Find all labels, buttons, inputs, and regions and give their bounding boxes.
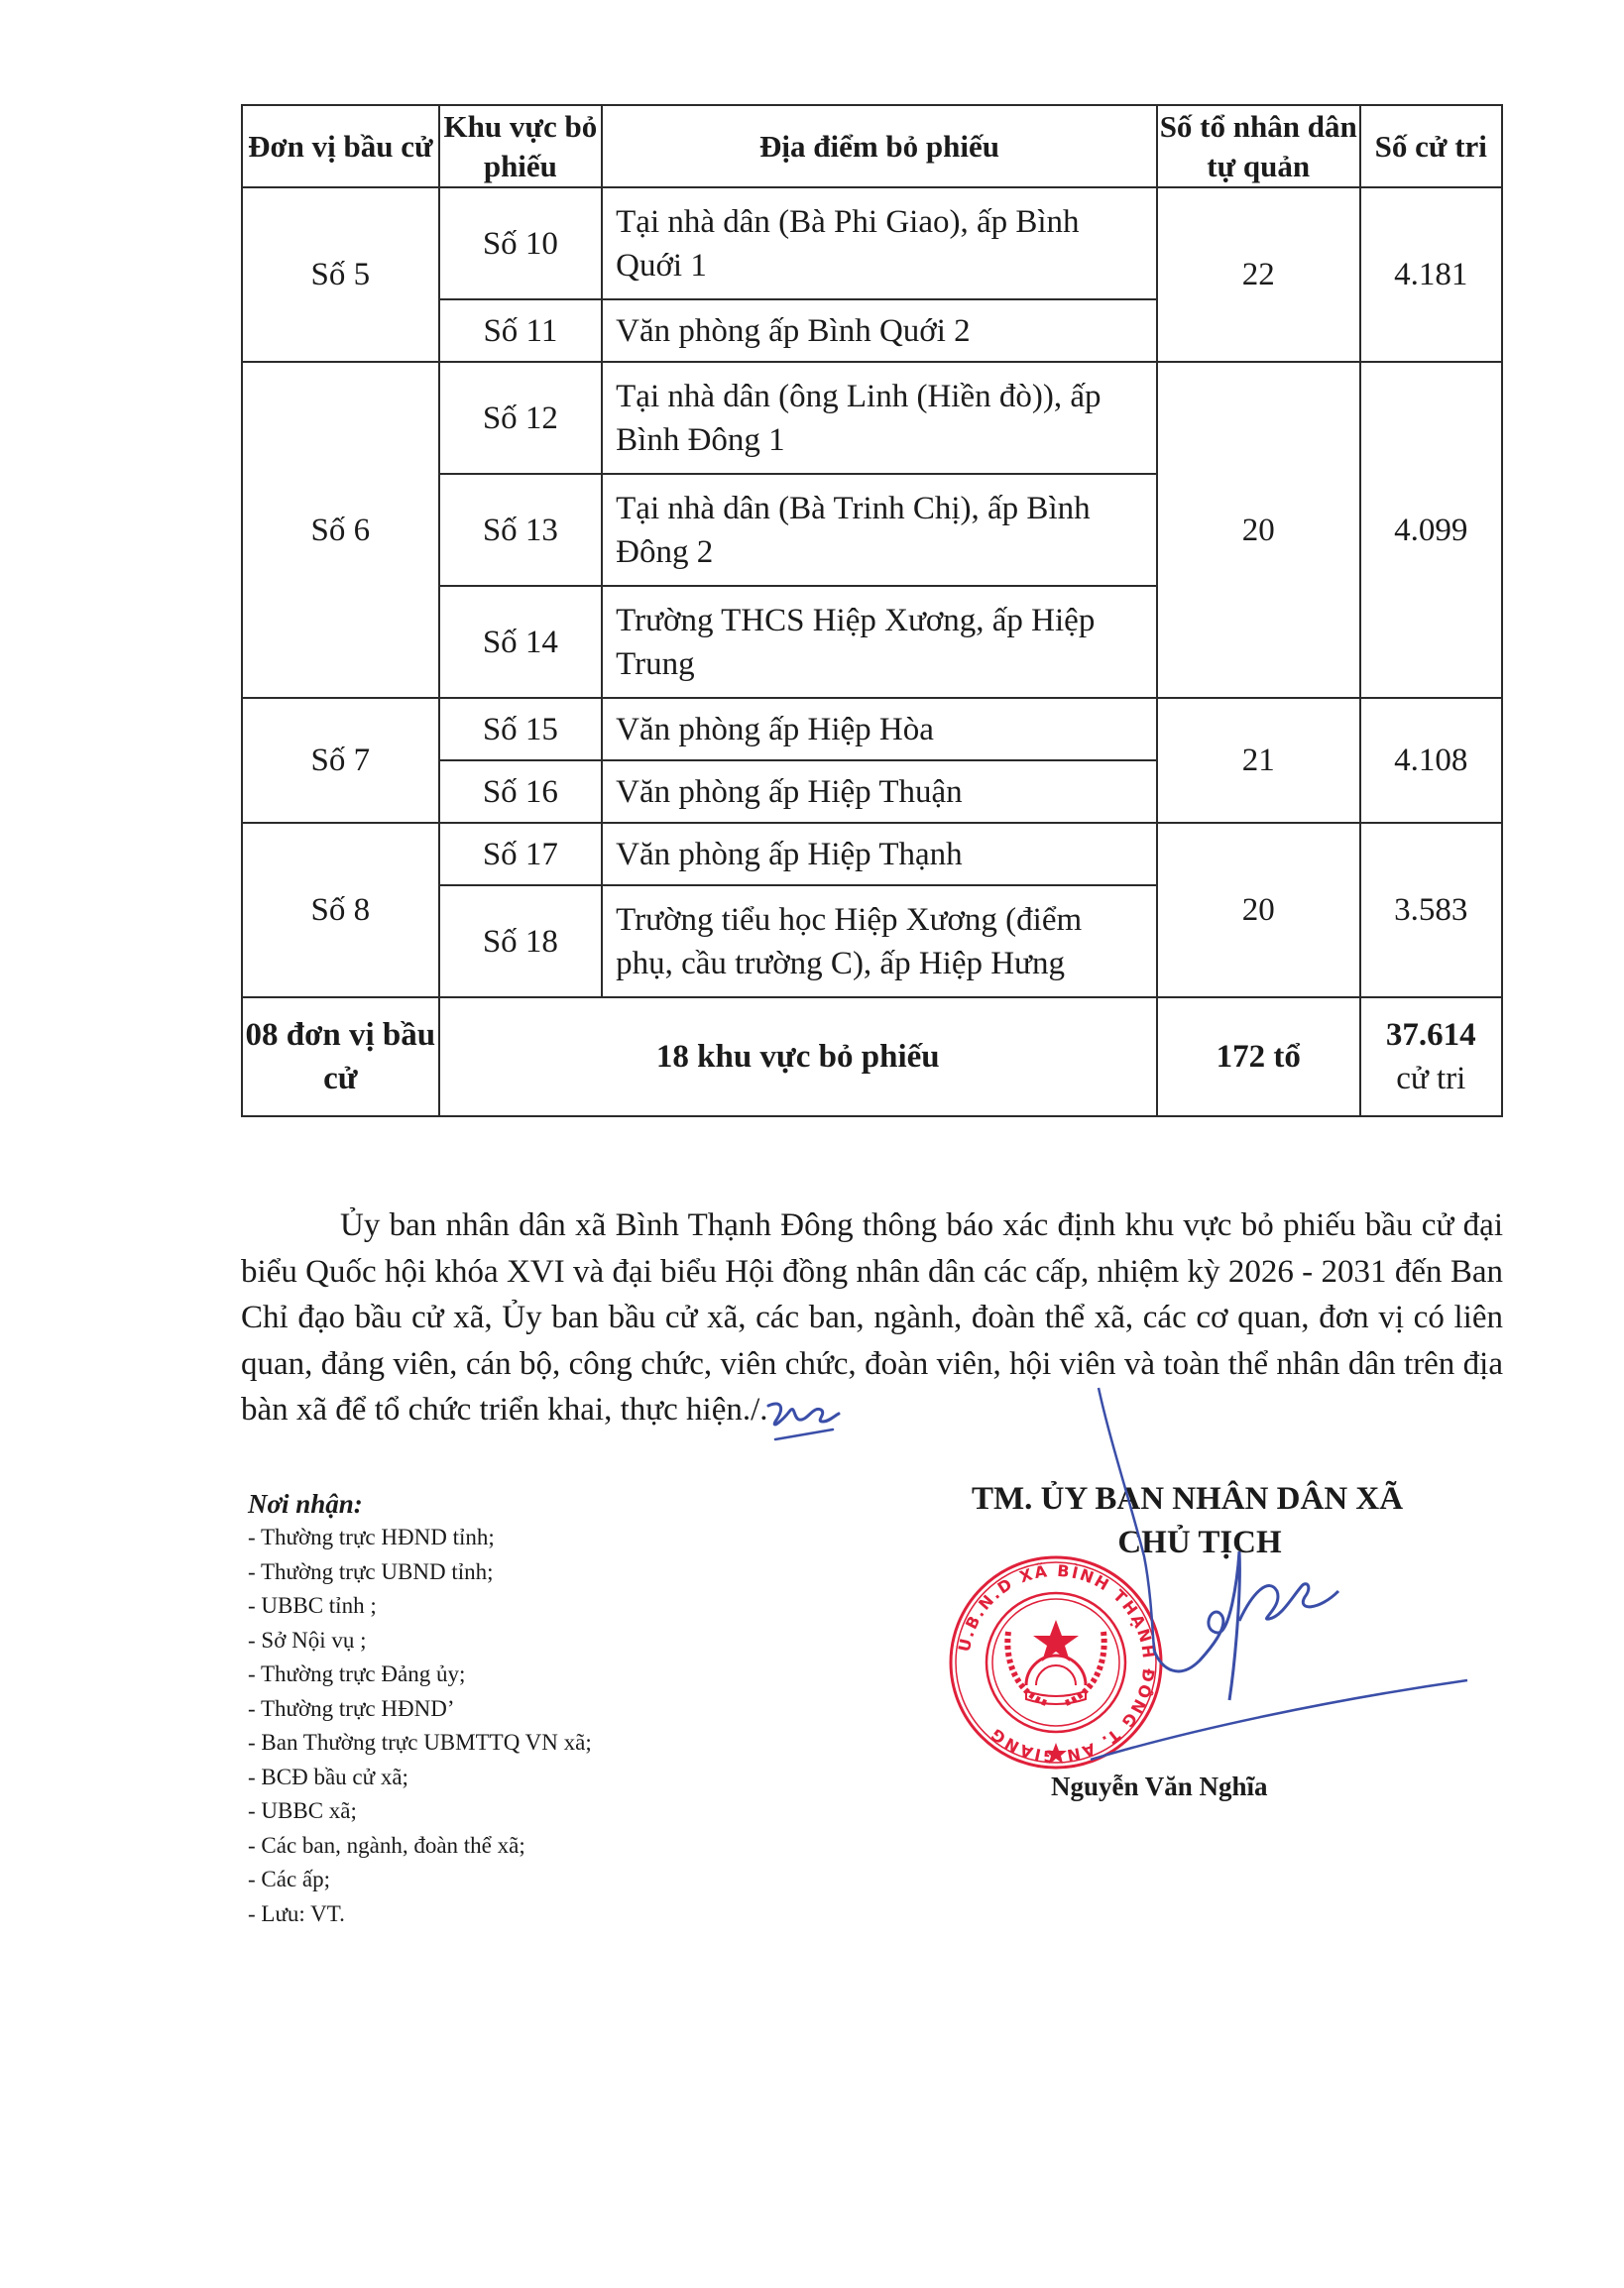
recipient-item: - BCĐ bầu cử xã; [248, 1761, 724, 1795]
resident-groups-cell: 20 [1157, 362, 1360, 698]
signer-name: Nguyễn Văn Nghĩa [1051, 1770, 1268, 1803]
signer-organization: TM. ỦY BAN NHÂN DÂN XÃ [952, 1477, 1527, 1521]
recipient-item: - Lưu: VT. [248, 1897, 724, 1932]
total-voters-cell: 37.614cử tri [1360, 997, 1502, 1116]
voters-cell: 3.583 [1360, 823, 1502, 997]
recipient-item: - UBBC tỉnh ; [248, 1589, 724, 1624]
voters-cell: 4.099 [1360, 362, 1502, 698]
header-polling-location: Địa điểm bỏ phiếu [602, 105, 1157, 187]
polling-area-cell: Số 17 [439, 823, 603, 885]
header-resident-groups: Số tổ nhân dân tự quản [1157, 105, 1360, 187]
polling-area-cell: Số 13 [439, 474, 603, 586]
polling-area-cell: Số 11 [439, 299, 603, 362]
polling-location-cell: Văn phòng ấp Bình Quới 2 [602, 299, 1157, 362]
polling-areas-table: Đơn vị bầu cử Khu vực bỏ phiếu Địa điểm … [241, 104, 1503, 1117]
polling-location-cell: Văn phòng ấp Hiệp Hòa [602, 698, 1157, 760]
recipient-item: - Thường trực HĐND tỉnh; [248, 1521, 724, 1555]
election-unit-cell: Số 8 [242, 823, 439, 997]
polling-area-cell: Số 18 [439, 885, 603, 997]
header-election-unit: Đơn vị bầu cử [242, 105, 439, 187]
polling-area-cell: Số 16 [439, 760, 603, 823]
total-voters-suffix: cử tri [1361, 1057, 1501, 1100]
recipient-item: - Thường trực Đảng ủy; [248, 1658, 724, 1692]
polling-location-cell: Tại nhà dân (ông Linh (Hiền đò)), ấp Bìn… [602, 362, 1157, 474]
polling-area-cell: Số 10 [439, 187, 603, 299]
table-row: Số 5Số 10Tại nhà dân (Bà Phi Giao), ấp B… [242, 187, 1502, 299]
official-seal-icon: U.B.N.D XÃ BÌNH THẠNH ĐÔNG T. AN GIANG [947, 1554, 1165, 1771]
recipient-item: - Các ấp; [248, 1863, 724, 1897]
recipient-item: - Ban Thường trực UBMTTQ VN xã; [248, 1726, 724, 1761]
recipients-block: Nơi nhận: - Thường trực HĐND tỉnh;- Thườ… [248, 1487, 724, 1931]
table-row: Số 6Số 12Tại nhà dân (ông Linh (Hiền đò)… [242, 362, 1502, 474]
polling-location-cell: Tại nhà dân (Bà Phi Giao), ấp Bình Quới … [602, 187, 1157, 299]
resident-groups-cell: 20 [1157, 823, 1360, 997]
polling-location-cell: Tại nhà dân (Bà Trinh Chị), ấp Bình Đông… [602, 474, 1157, 586]
header-voters: Số cử tri [1360, 105, 1502, 187]
signature-block: TM. ỦY BAN NHÂN DÂN XÃ CHỦ TỊCH [932, 1477, 1527, 1564]
recipient-item: - Sở Nội vụ ; [248, 1624, 724, 1659]
table-total-row: 08 đơn vị bầu cử18 khu vực bỏ phiếu172 t… [242, 997, 1502, 1116]
resident-groups-cell: 22 [1157, 187, 1360, 362]
notice-paragraph: Ủy ban nhân dân xã Bình Thạnh Đông thông… [241, 1202, 1503, 1433]
total-units-cell: 08 đơn vị bầu cử [242, 997, 439, 1116]
resident-groups-cell: 21 [1157, 698, 1360, 823]
polling-area-cell: Số 12 [439, 362, 603, 474]
voters-cell: 4.181 [1360, 187, 1502, 362]
table-header-row: Đơn vị bầu cử Khu vực bỏ phiếu Địa điểm … [242, 105, 1502, 187]
polling-area-cell: Số 15 [439, 698, 603, 760]
recipient-item: - UBBC xã; [248, 1794, 724, 1829]
election-unit-cell: Số 5 [242, 187, 439, 362]
total-areas-cell: 18 khu vực bỏ phiếu [439, 997, 1157, 1116]
polling-location-cell: Trường THCS Hiệp Xương, ấp Hiệp Trung [602, 586, 1157, 698]
total-groups-cell: 172 tổ [1157, 997, 1360, 1116]
recipient-item: - Thường trực UBND tỉnh; [248, 1555, 724, 1590]
recipient-item: - Thường trực HĐND’ [248, 1692, 724, 1727]
election-unit-cell: Số 7 [242, 698, 439, 823]
recipient-item: - Các ban, ngành, đoàn thể xã; [248, 1829, 724, 1864]
table-row: Số 8Số 17Văn phòng ấp Hiệp Thạnh203.583 [242, 823, 1502, 885]
polling-location-cell: Trường tiểu học Hiệp Xương (điểm phụ, cầ… [602, 885, 1157, 997]
polling-area-cell: Số 14 [439, 586, 603, 698]
total-voters-value: 37.614 [1386, 1017, 1476, 1053]
election-unit-cell: Số 6 [242, 362, 439, 698]
polling-location-cell: Văn phòng ấp Hiệp Thuận [602, 760, 1157, 823]
table-row: Số 7Số 15Văn phòng ấp Hiệp Hòa214.108 [242, 698, 1502, 760]
polling-location-cell: Văn phòng ấp Hiệp Thạnh [602, 823, 1157, 885]
recipients-title: Nơi nhận: [248, 1487, 724, 1521]
voters-cell: 4.108 [1360, 698, 1502, 823]
recipients-list: - Thường trực HĐND tỉnh;- Thường trực UB… [248, 1521, 724, 1931]
header-polling-area: Khu vực bỏ phiếu [439, 105, 603, 187]
